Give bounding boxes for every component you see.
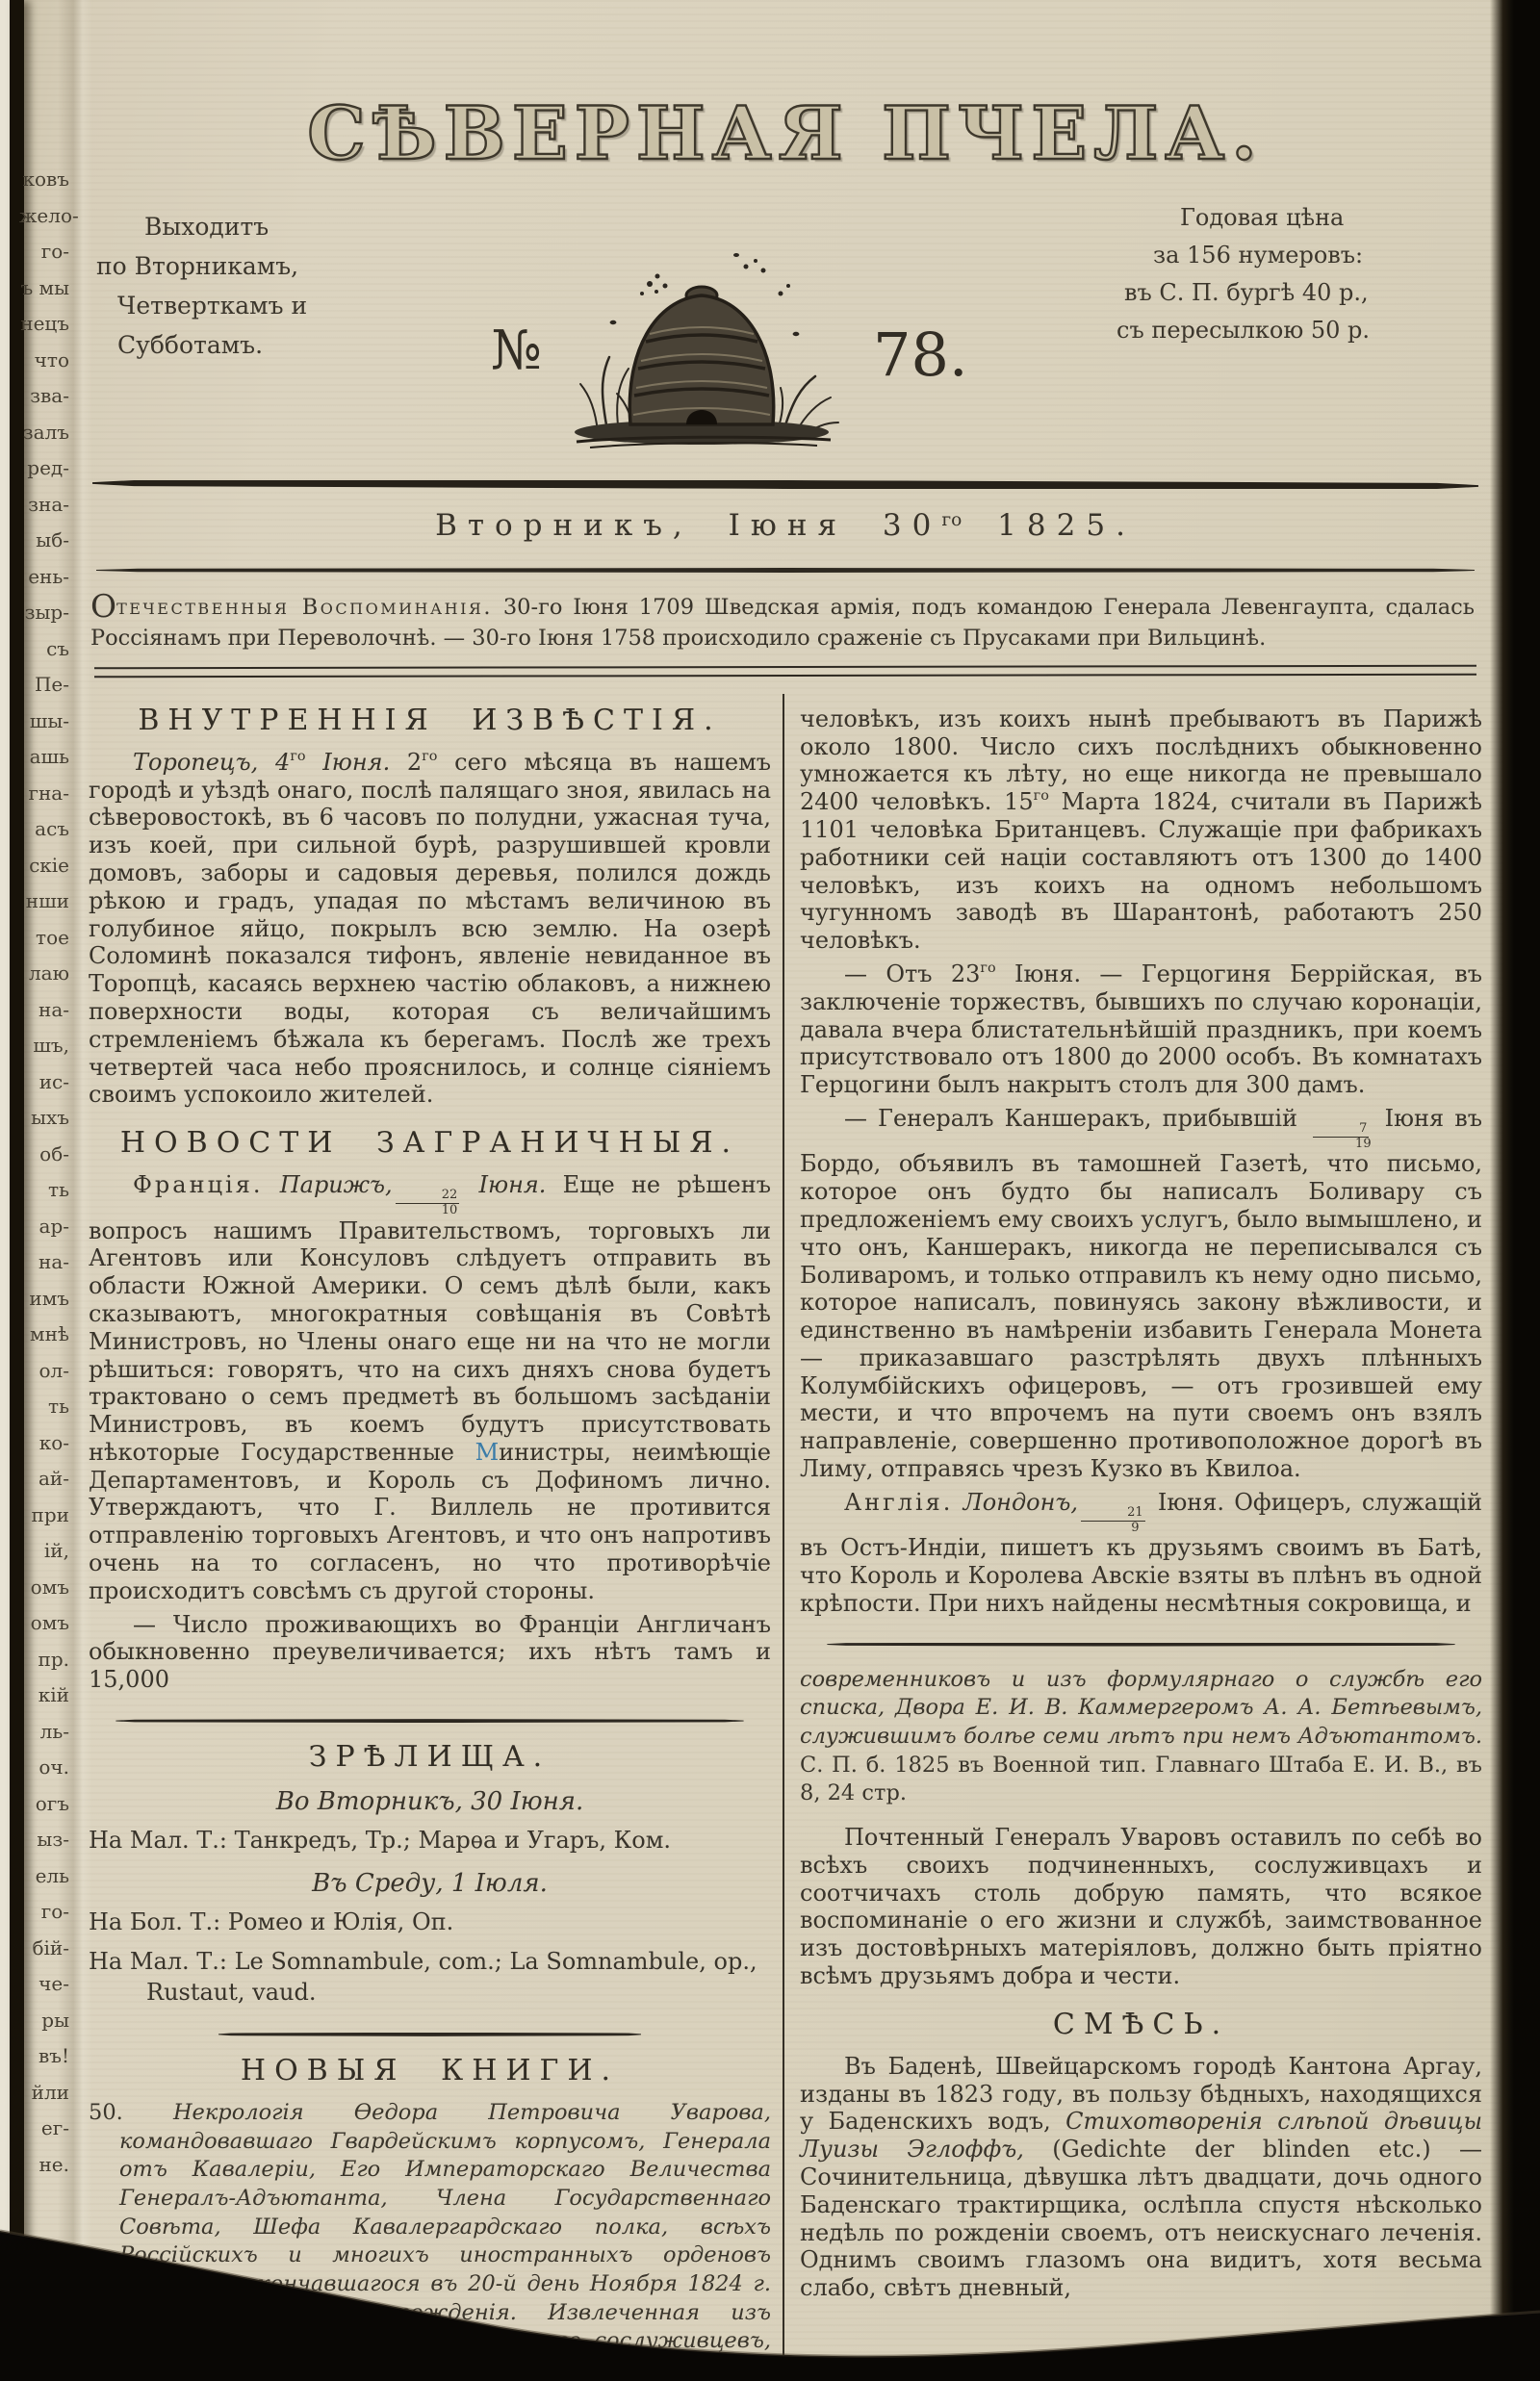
memorial-note: Отечественныя Воспоминанія. 30-го Іюня 1… xyxy=(90,590,1475,654)
margin-text-fragment: шъ, xyxy=(19,1028,69,1064)
margin-text-fragment: го- xyxy=(19,234,69,270)
margin-text-fragment: бій- xyxy=(19,1931,69,1967)
text-segment: 1825. xyxy=(962,508,1136,543)
margin-text-fragment: зва- xyxy=(19,378,69,415)
date-fraction: 2210 xyxy=(396,1189,460,1216)
margin-text-fragment: на- xyxy=(19,1244,69,1281)
rule-right-column xyxy=(827,1643,1454,1647)
heading-foreign-news: НОВОСТИ ЗАГРАНИЧНЫЯ. xyxy=(89,1126,771,1160)
numero-sign: № xyxy=(491,320,542,382)
spectacles-day-wednesday: Въ Среду, 1 Іюля. xyxy=(89,1869,771,1898)
text-segment: 2 xyxy=(390,749,422,776)
margin-text-fragment: кій xyxy=(19,1677,69,1714)
spectacles-line-3: На Мал. Т.: Le Somnambule, com.; La Somn… xyxy=(89,1947,771,2007)
margin-text-fragment: ред- xyxy=(19,450,69,487)
article-toropets: Торопецъ, 4го Іюня. 2го сего мѣсяца въ н… xyxy=(89,749,771,1109)
margin-text-fragment: ъ мы xyxy=(19,270,69,307)
rule-before-new-books xyxy=(218,2033,642,2036)
margin-text-fragment: омъ xyxy=(19,1570,69,1606)
text-segment: Іюня въ Бордо, объявилъ въ тамошней Газе… xyxy=(800,1105,1482,1482)
page-edge-left xyxy=(0,0,10,2381)
margin-text-fragment: мнѣ xyxy=(19,1317,69,1353)
margin-text-fragment: въ! xyxy=(19,2038,69,2075)
margin-text-fragment: зыр- xyxy=(19,595,69,631)
right-column: человѣкъ, изъ коихъ нынѣ пребываютъ въ П… xyxy=(784,686,1482,2381)
margin-text-fragment: ко- xyxy=(19,1425,69,1462)
margin-text-fragment: съ xyxy=(19,631,69,668)
page-bottom-shadow xyxy=(0,2131,1540,2381)
margin-text-fragment: огъ xyxy=(19,1786,69,1823)
text-segment: — Отъ 23 xyxy=(844,960,980,987)
page-content: СѢВЕРНАЯ ПЧЕЛА. Выходитъпо Вторникамъ,Че… xyxy=(89,0,1482,2381)
margin-text-fragment: че- xyxy=(19,1966,69,2003)
margin-text-fragment: ковъ xyxy=(19,162,69,198)
margin-text-fragment: жело- xyxy=(19,198,69,235)
spectacles-line-1: На Мал. Т.: Танкредъ, Тр.; Марѳа и Угаръ… xyxy=(89,1826,771,1856)
dateline-rule xyxy=(96,568,1475,573)
margin-text-fragment: лаю xyxy=(19,956,69,992)
margin-text-fragment: ар- xyxy=(19,1209,69,1245)
margin-text-fragment: гна- xyxy=(19,776,69,812)
two-column-body: ВНУТРЕННІЯ ИЗВѢСТІЯ. Торопецъ, 4го Іюня.… xyxy=(89,686,1482,2381)
margin-text-fragment: об- xyxy=(19,1137,69,1173)
article-duchess-berry: — Отъ 23го Іюня. — Герцогиня Беррійская,… xyxy=(800,960,1482,1099)
margin-text-fragment: зна- xyxy=(19,487,69,524)
text-segment: С. П. б. 1825 въ Военной тип. Главнаго Ш… xyxy=(800,1753,1482,1806)
article-general-canterac: — Генералъ Каншеракъ, прибывшій 719 Іюня… xyxy=(800,1105,1482,1483)
publication-schedule: Выходитъпо Вторникамъ,Четверткамъ иСуббо… xyxy=(89,182,377,471)
article-france: Франція. Парижъ,2210 Іюня. Еще не рѣшенъ… xyxy=(89,1171,771,1604)
text-segment: Вторникъ, Іюня 30 xyxy=(435,508,941,543)
margin-text-fragment: что xyxy=(19,343,69,379)
schedule-line: по Вторникамъ, xyxy=(89,246,377,286)
margin-text-fragment: го- xyxy=(19,1894,69,1931)
subscription-price: Годовая цѣназа 156 нумеровъ:въ С. П. бур… xyxy=(1116,182,1482,471)
adjacent-page-text-fragments: ковъжело-го-ъ мынецъчтозва-залъред-зна-ы… xyxy=(19,162,69,2183)
margin-text-fragment: ис- xyxy=(19,1064,69,1101)
text-segment: го xyxy=(422,749,437,764)
margin-text-fragment: ль- xyxy=(19,1714,69,1751)
text-segment: М xyxy=(475,1439,500,1466)
margin-text-fragment: ай- xyxy=(19,1461,69,1498)
margin-text-fragment: ры xyxy=(19,2003,69,2039)
schedule-line: Выходитъ xyxy=(89,207,377,246)
left-column: ВНУТРЕННІЯ ИЗВѢСТІЯ. Торопецъ, 4го Іюня.… xyxy=(89,686,783,2381)
beehive-icon xyxy=(557,234,846,457)
article-england-london: Англія. Лондонъ,219 Іюня. Офицеръ, служа… xyxy=(800,1489,1482,1618)
margin-text-fragment: асъ xyxy=(19,811,69,848)
text-segment: Лондонъ, xyxy=(953,1489,1078,1516)
spectacles-line-2: На Бол. Т.: Ромео и Юлія, Оп. xyxy=(89,1907,771,1937)
margin-text-fragment: ыхъ xyxy=(19,1100,69,1137)
masthead-rule xyxy=(92,478,1478,490)
dateline: Вторникъ, Іюня 30го 1825. xyxy=(89,508,1482,543)
margin-text-fragment: ій, xyxy=(19,1533,69,1570)
heading-spectacles: ЗРѢЛИЩА. xyxy=(89,1740,771,1774)
margin-text-fragment: ень- xyxy=(19,559,69,596)
newspaper-title: СѢВЕРНАЯ ПЧЕЛА. xyxy=(89,90,1482,176)
rule-before-spectacles xyxy=(115,1719,743,1723)
margin-text-fragment: ыз- xyxy=(19,1822,69,1858)
price-line: Годовая цѣна xyxy=(1116,199,1482,237)
margin-text-fragment: йли xyxy=(19,2075,69,2112)
text-segment: Торопецъ, 4 xyxy=(133,749,290,776)
margin-text-fragment: ол- xyxy=(19,1353,69,1390)
margin-text-fragment: нецъ xyxy=(19,306,69,343)
margin-text-fragment: шы- xyxy=(19,704,69,740)
margin-text-fragment: залъ xyxy=(19,415,69,451)
margin-text-fragment: омъ xyxy=(19,1605,69,1642)
margin-text-fragment: тое xyxy=(19,920,69,957)
schedule-line: Четверткамъ и xyxy=(89,286,377,325)
text-segment: Почтенный Генералъ Уваровъ оставилъ по с… xyxy=(800,1824,1482,1989)
paragraph-uvarov-memory: Почтенный Генералъ Уваровъ оставилъ по с… xyxy=(800,1824,1482,1990)
masthead-row: Выходитъпо Вторникамъ,Четверткамъ иСуббо… xyxy=(89,182,1482,471)
text-segment: 50. xyxy=(89,2100,173,2125)
text-segment: Іюня. xyxy=(462,1171,546,1198)
margin-text-fragment: имъ xyxy=(19,1281,69,1318)
binding-shadow-right xyxy=(1490,0,1540,2381)
margin-text-fragment: нши xyxy=(19,883,69,920)
text-segment: Англія. xyxy=(844,1489,953,1516)
margin-text-fragment: пр. xyxy=(19,1642,69,1678)
heading-domestic-news: ВНУТРЕННІЯ ИЗВѢСТІЯ. xyxy=(89,704,771,737)
text-segment: О xyxy=(90,587,116,625)
margin-text-fragment: ель xyxy=(19,1858,69,1895)
text-segment: Парижъ, xyxy=(263,1171,392,1198)
text-segment: — Число проживающихъ во Франціи Англичан… xyxy=(89,1611,771,1694)
price-line: за 156 нумеровъ: xyxy=(1116,237,1482,274)
date-fraction: 719 xyxy=(1311,1122,1372,1150)
text-segment: — Генералъ Каншеракъ, прибывшій xyxy=(844,1105,1308,1132)
text-segment: сего мѣсяца въ нашемъ городѣ и уѣздѣ она… xyxy=(89,749,771,1109)
text-segment: го xyxy=(980,960,995,976)
section-double-rule xyxy=(94,665,1476,678)
price-line: съ пересылкою 50 р. xyxy=(1116,312,1482,349)
text-segment: го xyxy=(1034,788,1049,804)
text-segment: современниковъ и изъ формулярнаго о служ… xyxy=(800,1667,1482,1749)
text-segment: го xyxy=(290,749,305,764)
date-fraction: 219 xyxy=(1081,1506,1145,1534)
margin-text-fragment: ашь xyxy=(19,739,69,776)
heading-miscellany: СМѢСЬ. xyxy=(800,2008,1482,2041)
article-english-in-paris: человѣкъ, изъ коихъ нынѣ пребываютъ въ П… xyxy=(800,705,1482,955)
text-segment: го xyxy=(941,510,962,530)
margin-text-fragment: скіе xyxy=(19,848,69,884)
margin-text-fragment: Пе- xyxy=(19,667,69,704)
margin-text-fragment: оч. xyxy=(19,1750,69,1786)
margin-text-fragment: ыб- xyxy=(19,523,69,559)
margin-text-fragment: при xyxy=(19,1498,69,1534)
price-line: въ С. П. бургѣ 40 р., xyxy=(1116,274,1482,312)
margin-text-fragment: ть xyxy=(19,1172,69,1209)
spectacles-day-tuesday: Во Вторникъ, 30 Іюня. xyxy=(89,1787,771,1816)
heading-new-books: НОВЫЯ КНИГИ. xyxy=(89,2054,771,2087)
schedule-line: Субботамъ. xyxy=(89,325,377,365)
text-segment: Франція. xyxy=(133,1171,263,1198)
book-announcement-continuation: современниковъ и изъ формулярнаго о служ… xyxy=(800,1666,1482,1808)
text-segment: течественныя Воспоминанія. xyxy=(116,595,493,620)
margin-text-fragment: на- xyxy=(19,992,69,1029)
issue-block: № xyxy=(377,182,1116,471)
text-segment: Іюня. xyxy=(306,749,391,776)
issue-number: 78. xyxy=(873,320,968,390)
margin-text-fragment: ть xyxy=(19,1389,69,1425)
article-english-in-france: — Число проживающихъ во Франціи Англичан… xyxy=(89,1611,771,1694)
